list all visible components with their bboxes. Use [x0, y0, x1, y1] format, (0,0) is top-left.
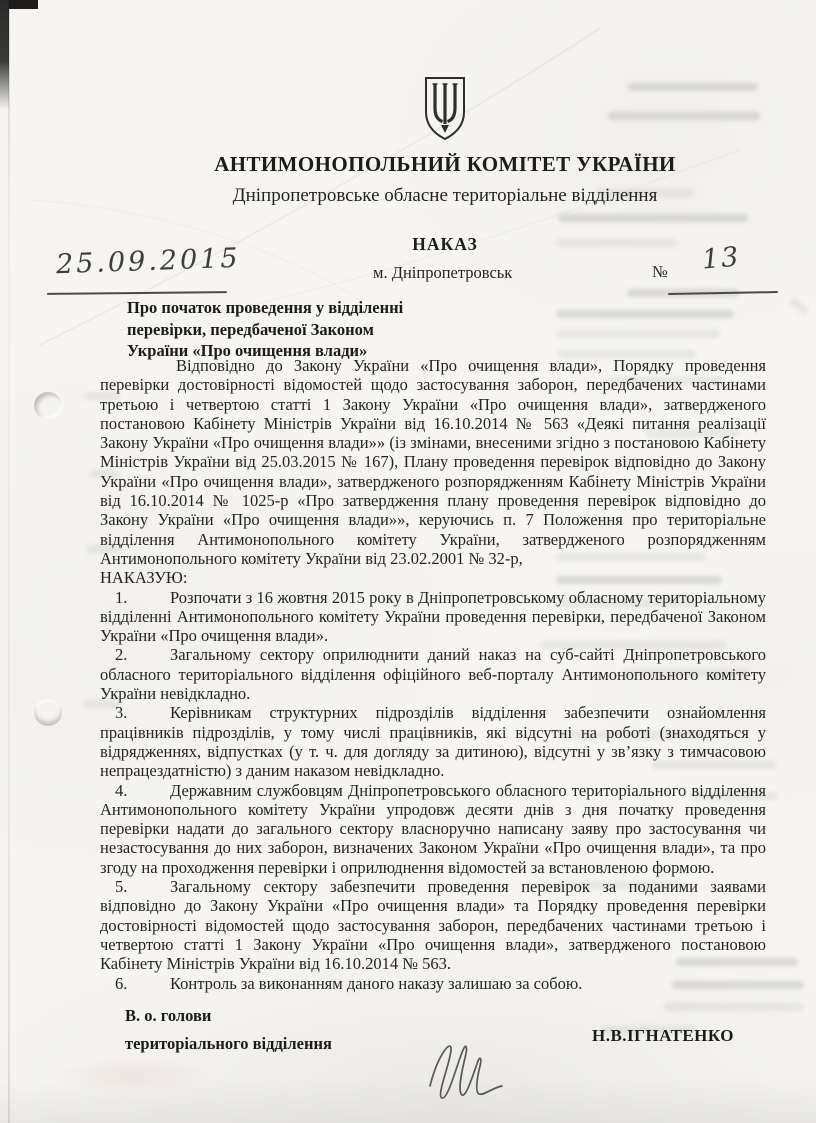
item-number: 1. [100, 588, 170, 607]
item-text: Загальному сектору забезпечити проведенн… [100, 877, 766, 973]
handwritten-date: 25.09.2015 [56, 243, 242, 280]
org-unit: Дніпропетровське обласне територіальне в… [115, 185, 775, 207]
scanned-document-page: АНТИМОНОПОЛЬНИЙ КОМІТЕТ УКРАЇНИ Дніпропе… [0, 0, 816, 1123]
order-item: 5.Загальному сектору забезпечити проведе… [100, 877, 766, 973]
scan-edge-shadow [8, 0, 10, 1123]
document-header: АНТИМОНОПОЛЬНИЙ КОМІТЕТ УКРАЇНИ Дніпропе… [115, 76, 775, 255]
order-body: Відповідно до Закону України «Про очищен… [100, 356, 766, 993]
signature-scribble [422, 1034, 517, 1109]
trident-emblem-icon [422, 76, 468, 142]
bleedthrough-artifact [556, 330, 720, 338]
subject-line: перевірки, передбаченої Законом [127, 319, 467, 341]
pink-smudge-artifact [52, 1058, 212, 1092]
bleedthrough-artifact [556, 310, 734, 318]
signer-role-line: В. о. голови [125, 1006, 211, 1026]
subject-block: Про початок проведення у відділенні пере… [127, 297, 467, 362]
item-text: Розпочати з 16 жовтня 2015 року в Дніпро… [100, 588, 766, 646]
item-number: 2. [100, 645, 170, 664]
item-text: Керівникам структурних підрозділів відді… [100, 703, 766, 780]
item-number: 5. [100, 877, 170, 896]
bleedthrough-artifact [788, 296, 810, 316]
city-name: м. Дніпропетровськ [373, 263, 512, 283]
signer-name: Н.В.ІГНАТЕНКО [592, 1026, 734, 1046]
number-label: № [652, 262, 668, 282]
date-underline [47, 291, 227, 295]
item-number: 6. [100, 974, 170, 993]
order-item: 1.Розпочати з 16 жовтня 2015 року в Дніп… [100, 588, 766, 646]
item-text: Державним службовцям Дніпропетровського … [100, 781, 766, 877]
order-item: 3.Керівникам структурних підрозділів від… [100, 703, 766, 780]
item-number: 3. [100, 703, 170, 722]
punch-hole-top [34, 392, 62, 419]
punch-hole-bottom [34, 699, 62, 726]
signer-role-line: територіального відділення [125, 1034, 332, 1054]
bleedthrough-artifact [664, 1003, 804, 1011]
item-text: Загальному сектору оприлюднити даний нак… [100, 645, 766, 703]
order-item: 2.Загальному сектору оприлюднити даний н… [100, 645, 766, 703]
item-number: 4. [100, 781, 170, 800]
item-text: Контроль за виконанням даного наказу зал… [170, 974, 582, 993]
body-intro: Відповідно до Закону України «Про очищен… [100, 356, 766, 568]
handwritten-number: 13 [701, 241, 742, 275]
order-item: 6.Контроль за виконанням даного наказу з… [100, 974, 766, 993]
order-word: НАКАЗУЮ: [100, 568, 766, 587]
org-name: АНТИМОНОПОЛЬНИЙ КОМІТЕТ УКРАЇНИ [115, 152, 775, 177]
subject-line: Про початок проведення у відділенні [127, 297, 467, 319]
order-item: 4.Державним службовцям Дніпропетровськог… [100, 781, 766, 877]
